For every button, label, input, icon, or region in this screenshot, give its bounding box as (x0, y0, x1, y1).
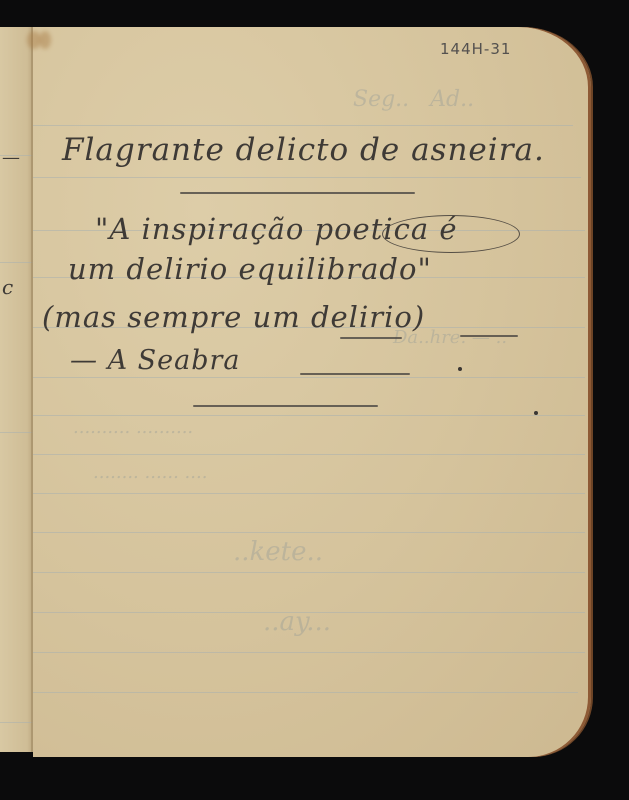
ruled-line (0, 722, 34, 723)
ruled-line (33, 692, 578, 693)
handwritten-line-5: — A Seabra (70, 345, 241, 376)
show-through-text: Seg.. Ad.. (353, 87, 474, 112)
separator-stroke (180, 192, 415, 194)
ruled-line (33, 415, 585, 416)
ruled-line (33, 377, 585, 378)
show-through-text: .......... .......... (73, 417, 193, 438)
ruled-line (33, 125, 573, 126)
handwritten-line-4: (mas sempre um delirio) (42, 300, 425, 334)
show-through-text: ........ ...... .... (93, 462, 207, 483)
circled-word-mark (382, 215, 520, 253)
left-page-fragment: c (2, 275, 14, 299)
ruled-line (33, 493, 585, 494)
left-page-fragment: — (2, 147, 21, 168)
ruled-line (33, 532, 585, 533)
underline-stroke (300, 373, 410, 375)
separator-stroke (193, 405, 378, 407)
underline-stroke (460, 335, 518, 337)
ruled-line (33, 177, 581, 178)
ruled-line (0, 432, 34, 433)
catalog-number: 144H-31 (440, 40, 511, 58)
ruled-line (33, 652, 585, 653)
ink-dot (534, 411, 538, 415)
show-through-text: ..kete.. (233, 537, 323, 567)
show-through-text: ..ay... (263, 607, 331, 637)
ruled-line (33, 572, 585, 573)
handwritten-line-1: Flagrante delicto de asneira. (62, 132, 545, 168)
ruled-line (0, 262, 34, 263)
ruled-line (33, 454, 585, 455)
handwritten-line-3: um delirio equilibrado" (68, 252, 432, 286)
left-page-edge: — c (0, 27, 34, 752)
stain (39, 31, 51, 49)
ink-dot (458, 367, 462, 371)
underline-stroke (340, 337, 402, 339)
